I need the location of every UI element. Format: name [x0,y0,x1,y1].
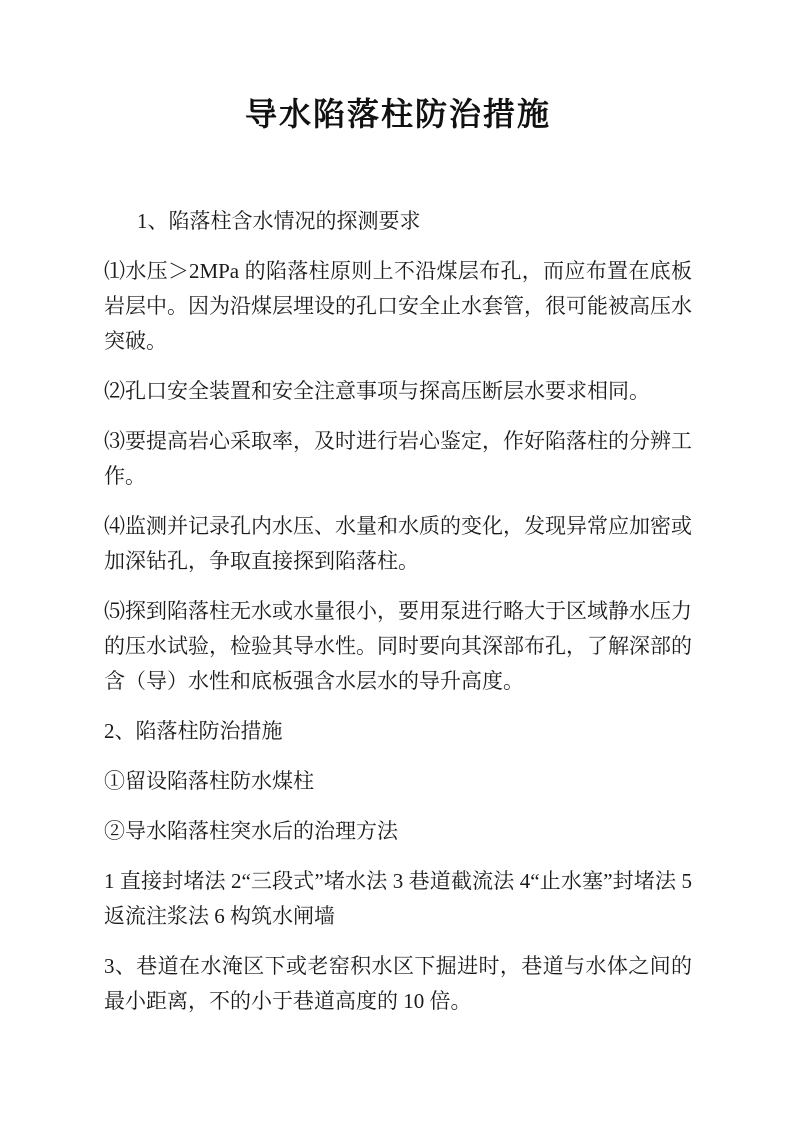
item-4-monitoring-paragraph: ⑷监测并记录孔内水压、水量和水质的变化，发现异常应加密或加深钻孔，争取直接探到陷… [104,509,692,579]
measure-1-coal-pillar-paragraph: ①留设陷落柱防水煤柱 [104,764,692,799]
section-2-heading: 2、陷落柱防治措施 [104,714,692,749]
document-title: 导水陷落柱防治措施 [104,92,692,136]
treatment-methods-list-paragraph: 1 直接封堵法 2“三段式”堵水法 3 巷道截流法 4“止水塞”封堵法 5 返流… [104,864,692,934]
item-3-core-recovery-paragraph: ⑶要提高岩心采取率，及时进行岩心鉴定，作好陷落柱的分辨工作。 [104,424,692,494]
document-page: 导水陷落柱防治措施 1、陷落柱含水情况的探测要求 ⑴水压＞2MPa 的陷落柱原则… [0,0,793,1122]
item-5-pressure-test-paragraph: ⑸探到陷落柱无水或水量很小，要用泵进行略大于区域静水压力的压水试验，检验其导水性… [104,594,692,699]
section-1-heading: 1、陷落柱含水情况的探测要求 [104,204,692,239]
item-2-orifice-safety-paragraph: ⑵孔口安全装置和安全注意事项与探高压断层水要求相同。 [104,374,692,409]
item-1-water-pressure-paragraph: ⑴水压＞2MPa 的陷落柱原则上不沿煤层布孔，而应布置在底板岩层中。因为沿煤层埋… [104,254,692,359]
section-3-roadway-distance-paragraph: 3、巷道在水淹区下或老窑积水区下掘进时，巷道与水体之间的最小距离，不的小于巷道高… [104,949,692,1019]
measure-2-treatment-heading: ②导水陷落柱突水后的治理方法 [104,814,692,849]
